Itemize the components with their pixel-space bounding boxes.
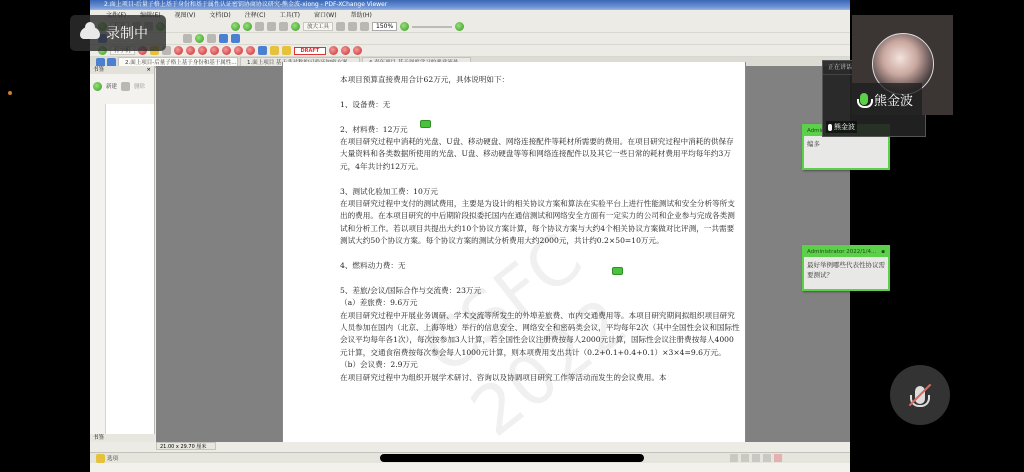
zoom-out-icon[interactable] — [400, 22, 409, 31]
fit-page-icon[interactable] — [336, 22, 345, 31]
subsection-meeting-b: （b）会议费：2.9万元 — [340, 359, 740, 371]
eraser-icon[interactable] — [329, 46, 338, 55]
close-icon[interactable]: × — [146, 66, 151, 74]
comment-header: Administrator 2022/1/4... ▪ — [804, 247, 888, 257]
delete-bookmark-icon[interactable] — [121, 82, 130, 91]
meeting-paragraph: 在项目研究过程中为组织开展学术研讨、咨询以及协调项目研究工作等活动而发生的会议费… — [340, 372, 740, 384]
menu-comments[interactable]: 注释(C) — [245, 10, 266, 21]
page-size-display: 21.00 x 29.70 厘米 — [156, 442, 216, 450]
comment-note-icon[interactable] — [420, 120, 431, 128]
new-bookmark-button[interactable]: 新建 — [106, 82, 117, 90]
intro-paragraph: 本项目预算直接费用合计62万元，具体说明如下： — [340, 74, 740, 86]
toolbar-row-3: 打字机 DRAFT — [90, 45, 850, 57]
select-icon[interactable] — [279, 22, 288, 31]
travel-paragraph: 在项目研究过程中开展业务调研、学术交流等所发生的外埠差旅费、市内交通费用等。本项… — [340, 310, 740, 360]
highlight-icon[interactable] — [270, 46, 279, 55]
sound-icon[interactable] — [353, 46, 362, 55]
menu-bar: 文件(F) 编辑(E) 视图(V) 文档(D) 注释(C) 工具(T) 窗口(W… — [90, 10, 850, 21]
comment-popup[interactable]: Administrator 2022/1/4... ▪ 最好举例哪些代表性协议需… — [802, 245, 890, 291]
stamp-icon[interactable] — [282, 46, 291, 55]
menu-document[interactable]: 文档(D) — [209, 10, 230, 21]
options-icon — [96, 454, 105, 463]
oval-icon[interactable] — [210, 46, 219, 55]
subsection-travel-a: （a）差旅费：9.6万元 — [340, 297, 740, 309]
page-icon[interactable] — [255, 22, 264, 31]
delete-bookmark-button[interactable]: 删除 — [134, 82, 145, 90]
bottom-strip — [90, 463, 850, 472]
zoom-level-select[interactable]: 150% — [372, 22, 397, 31]
participant-item: 熊金波 — [826, 121, 857, 133]
user-icon[interactable] — [774, 454, 782, 462]
view-mode-buttons — [730, 454, 782, 462]
mic-icon — [860, 93, 868, 105]
speaker-name: 熊金波 — [874, 90, 913, 109]
recording-label: 录制中 — [106, 23, 148, 43]
status-dot — [8, 91, 12, 95]
undo-icon[interactable] — [231, 22, 240, 31]
toolbar-row-1: 打开 放大工具 150% — [90, 21, 850, 33]
pdf-viewer-window: 2.面上项目-后量子格上基于身份和基于属性认证密钥协商协议研究-熊金波-xion… — [90, 0, 850, 472]
zoom-tool-dropdown[interactable]: 放大工具 — [303, 22, 333, 31]
zoom-tool-icon[interactable] — [291, 22, 300, 31]
first-page-icon[interactable] — [219, 34, 228, 43]
new-bookmark-icon[interactable] — [93, 82, 102, 91]
mic-icon — [828, 124, 832, 131]
pencil-icon[interactable] — [174, 46, 183, 55]
facing-icon[interactable] — [752, 454, 760, 462]
bookmarks-title: 书签 — [93, 66, 104, 74]
fit-width-icon[interactable] — [348, 22, 357, 31]
comment-author: Administrator 2022/1/4... — [807, 247, 876, 257]
bookmark-tools: 新建 删除 — [90, 74, 154, 98]
menu-window[interactable]: 窗口(W) — [314, 10, 337, 21]
bookmarks-header: 书签 × — [90, 66, 154, 74]
comment-text[interactable]: 最好举例哪些代表性协议需要测试？ — [804, 257, 888, 283]
toolbar-row-2 — [90, 33, 850, 45]
comment-note-icon[interactable] — [612, 267, 623, 275]
participant-name: 熊金波 — [834, 122, 855, 132]
recording-badge: 录制中 — [70, 15, 166, 51]
document-viewport[interactable]: CSFC 2022 本项目预算直接费用合计62万元，具体说明如下： 1、设备费：… — [156, 66, 850, 442]
polyline-icon[interactable] — [246, 46, 255, 55]
speaker-label: 熊金波 — [852, 83, 922, 115]
polygon-icon[interactable] — [222, 46, 231, 55]
redo-icon[interactable] — [243, 22, 252, 31]
actual-size-icon[interactable] — [360, 22, 369, 31]
section-materials: 2、材料费：12万元 — [340, 124, 740, 136]
zoom-slider[interactable] — [412, 26, 452, 28]
bookmark-list[interactable] — [105, 104, 154, 442]
section-testing: 3、测试化验加工费：10万元 — [340, 186, 740, 198]
close-icon[interactable]: ▪ — [881, 247, 885, 257]
find-icon[interactable] — [207, 34, 216, 43]
section-equipment: 1、设备费：无 — [340, 99, 740, 111]
pdf-page: CSFC 2022 本项目预算直接费用合计62万元，具体说明如下： 1、设备费：… — [282, 62, 746, 442]
home-indicator[interactable] — [380, 454, 644, 462]
mute-button[interactable] — [890, 365, 950, 425]
window-title: 2.面上项目-后量子格上基于身份和基于属性认证密钥协商协议研究-熊金波-xion… — [90, 0, 850, 10]
active-speaker-card[interactable]: 熊金波 — [852, 15, 953, 115]
section-fuel: 4、燃料动力费：无 — [340, 260, 740, 272]
section-travel: 5、差旅/会议/国际合作与交流费：23万元 — [340, 285, 740, 297]
materials-paragraph: 在项目研究过程中消耗的光盘、U盘、移动硬盘、网络连接配件等耗材所需要的费用。在项… — [340, 136, 740, 173]
line-icon[interactable] — [186, 46, 195, 55]
text-select-icon[interactable] — [183, 34, 192, 43]
snapshot-icon[interactable] — [195, 34, 204, 43]
document-body: 本项目预算直接费用合计62万元，具体说明如下： 1、设备费：无 2、材料费：12… — [340, 74, 740, 384]
cloud-shape-icon[interactable] — [234, 46, 243, 55]
cloud-icon — [80, 27, 100, 39]
continuous-icon[interactable] — [741, 454, 749, 462]
testing-paragraph: 在项目研究过程中支付的测试费用，主要是为设计的相关协议方案和算法在实验平台上进行… — [340, 198, 740, 248]
single-page-icon[interactable] — [730, 454, 738, 462]
menu-help[interactable]: 帮助(H) — [351, 10, 372, 21]
rectangle-icon[interactable] — [198, 46, 207, 55]
options-button[interactable]: 选项 — [96, 454, 118, 463]
pin-icon[interactable] — [258, 46, 267, 55]
draft-stamp-select[interactable]: DRAFT — [294, 47, 327, 55]
bookmarks-tab[interactable]: 书签 — [90, 434, 155, 442]
last-page-icon[interactable] — [231, 34, 240, 43]
bookmarks-panel: 书签 × 新建 删除 书签 — [90, 66, 155, 442]
facing-continuous-icon[interactable] — [763, 454, 771, 462]
attach-icon[interactable] — [341, 46, 350, 55]
comment-text[interactable]: 编多 — [804, 136, 888, 152]
copy-icon[interactable] — [267, 22, 276, 31]
menu-view[interactable]: 视图(V) — [175, 10, 196, 21]
zoom-in-icon[interactable] — [455, 22, 464, 31]
menu-tools[interactable]: 工具(T) — [280, 10, 300, 21]
